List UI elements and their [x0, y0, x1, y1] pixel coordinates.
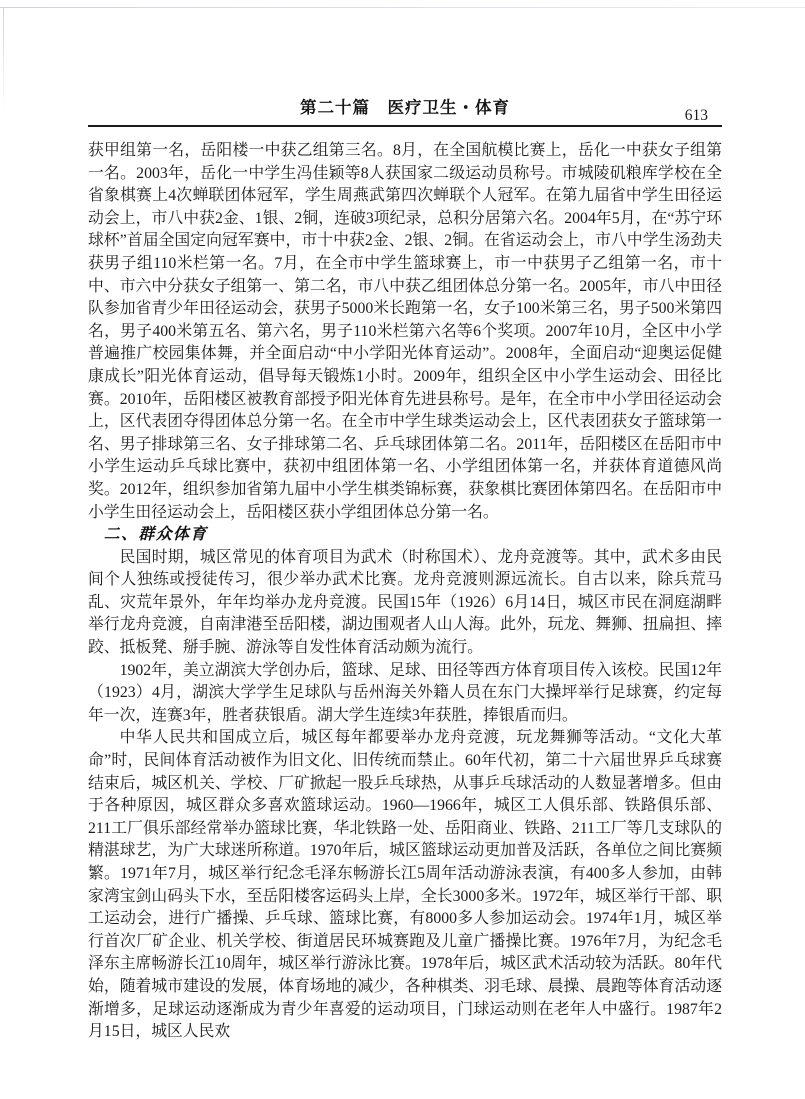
chapter-title: 第二十篇 医疗卫生・体育	[300, 99, 510, 117]
paragraph: 1902年，美立湖滨大学创办后，篮球、足球、田径等西方体育项目传入该校。民国12…	[88, 660, 722, 728]
book-page: 第二十篇 医疗卫生・体育 613 获甲组第一名，岳阳楼一中获乙组第三名。8月，在…	[0, 0, 805, 1099]
page-number: 613	[685, 107, 708, 125]
section-heading: 二、群众体育	[88, 524, 722, 547]
paragraph: 民国时期，城区常见的体育项目为武术（时称国术）、龙舟竞渡等。其中，武术多由民间个…	[88, 547, 722, 660]
paragraph: 中华人民共和国成立后，城区每年都要举办龙舟竞渡，玩龙舞狮等活动。“文化大革命”时…	[88, 727, 722, 1043]
page-header: 第二十篇 医疗卫生・体育 613	[88, 0, 722, 125]
paragraph-continuation: 获甲组第一名，岳阳楼一中获乙组第三名。8月，在全国航模比赛上，岳化一中获女子组第…	[88, 140, 722, 524]
body-text: 获甲组第一名，岳阳楼一中获乙组第三名。8月，在全国航模比赛上，岳化一中获女子组第…	[88, 140, 722, 1044]
scan-edge-left	[3, 8, 4, 113]
header-rule	[88, 125, 722, 127]
